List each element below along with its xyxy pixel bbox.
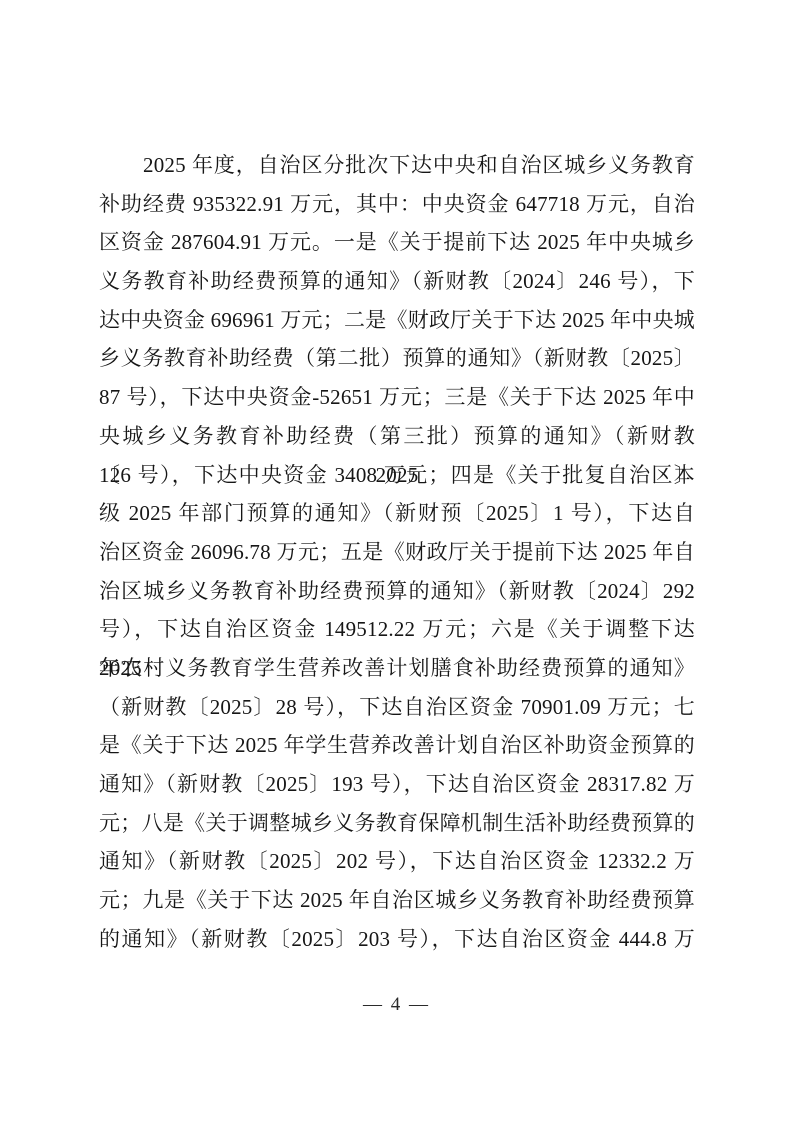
text-line: 通知》（新财教〔2025〕202 号），下达自治区资金 12332.2 万 xyxy=(99,842,695,881)
text-line: 2025 年度，自治区分批次下达中央和自治区城乡义务教育 xyxy=(99,146,695,185)
page-number: — 4 — xyxy=(0,994,793,1016)
text-line: （新财教〔2025〕28 号），下达自治区资金 70901.09 万元；七 xyxy=(99,688,695,727)
text-line: 的通知》（新财教〔2025〕203 号），下达自治区资金 444.8 万 xyxy=(99,920,695,959)
text-line: 元；九是《关于下达 2025 年自治区城乡义务教育补助经费预算 xyxy=(99,881,695,920)
text-line: 元；八是《关于调整城乡义务教育保障机制生活补助经费预算的 xyxy=(99,804,695,843)
text-line: 补助经费 935322.91 万元，其中：中央资金 647718 万元，自治 xyxy=(99,185,695,224)
text-line: 达中央资金 696961 万元；二是《财政厅关于下达 2025 年中央城 xyxy=(99,301,695,340)
text-line: 区资金 287604.91 万元。一是《关于提前下达 2025 年中央城乡 xyxy=(99,223,695,262)
text-line: 义务教育补助经费预算的通知》（新财教〔2024〕246 号），下 xyxy=(99,262,695,301)
text-line: 级 2025 年部门预算的通知》（新财预〔2025〕1 号），下达自 xyxy=(99,494,695,533)
text-line: 是《关于下达 2025 年学生营养改善计划自治区补助资金预算的 xyxy=(99,726,695,765)
paragraph: 2025 年度，自治区分批次下达中央和自治区城乡义务教育 补助经费 935322… xyxy=(99,146,695,958)
text-line: 126 号），下达中央资金 3408 万元；四是《关于批复自治区本 xyxy=(99,456,695,495)
text-line: 号），下达自治区资金 149512.22 万元；六是《关于调整下达 2025 xyxy=(99,610,695,649)
document-page: 2025 年度，自治区分批次下达中央和自治区城乡义务教育 补助经费 935322… xyxy=(0,0,793,1122)
text-line: 治区城乡义务教育补助经费预算的通知》（新财教〔2024〕292 xyxy=(99,572,695,611)
text-line: 央城乡义务教育补助经费（第三批）预算的通知》（新财教〔2025〕 xyxy=(99,417,695,456)
text-line: 87 号），下达中央资金-52651 万元；三是《关于下达 2025 年中 xyxy=(99,378,695,417)
text-line: 通知》（新财教〔2025〕193 号），下达自治区资金 28317.82 万 xyxy=(99,765,695,804)
text-line: 乡义务教育补助经费（第二批）预算的通知》（新财教〔2025〕 xyxy=(99,339,695,378)
text-line: 年农村义务教育学生营养改善计划膳食补助经费预算的通知》 xyxy=(99,649,695,688)
text-line: 治区资金 26096.78 万元；五是《财政厅关于提前下达 2025 年自 xyxy=(99,533,695,572)
